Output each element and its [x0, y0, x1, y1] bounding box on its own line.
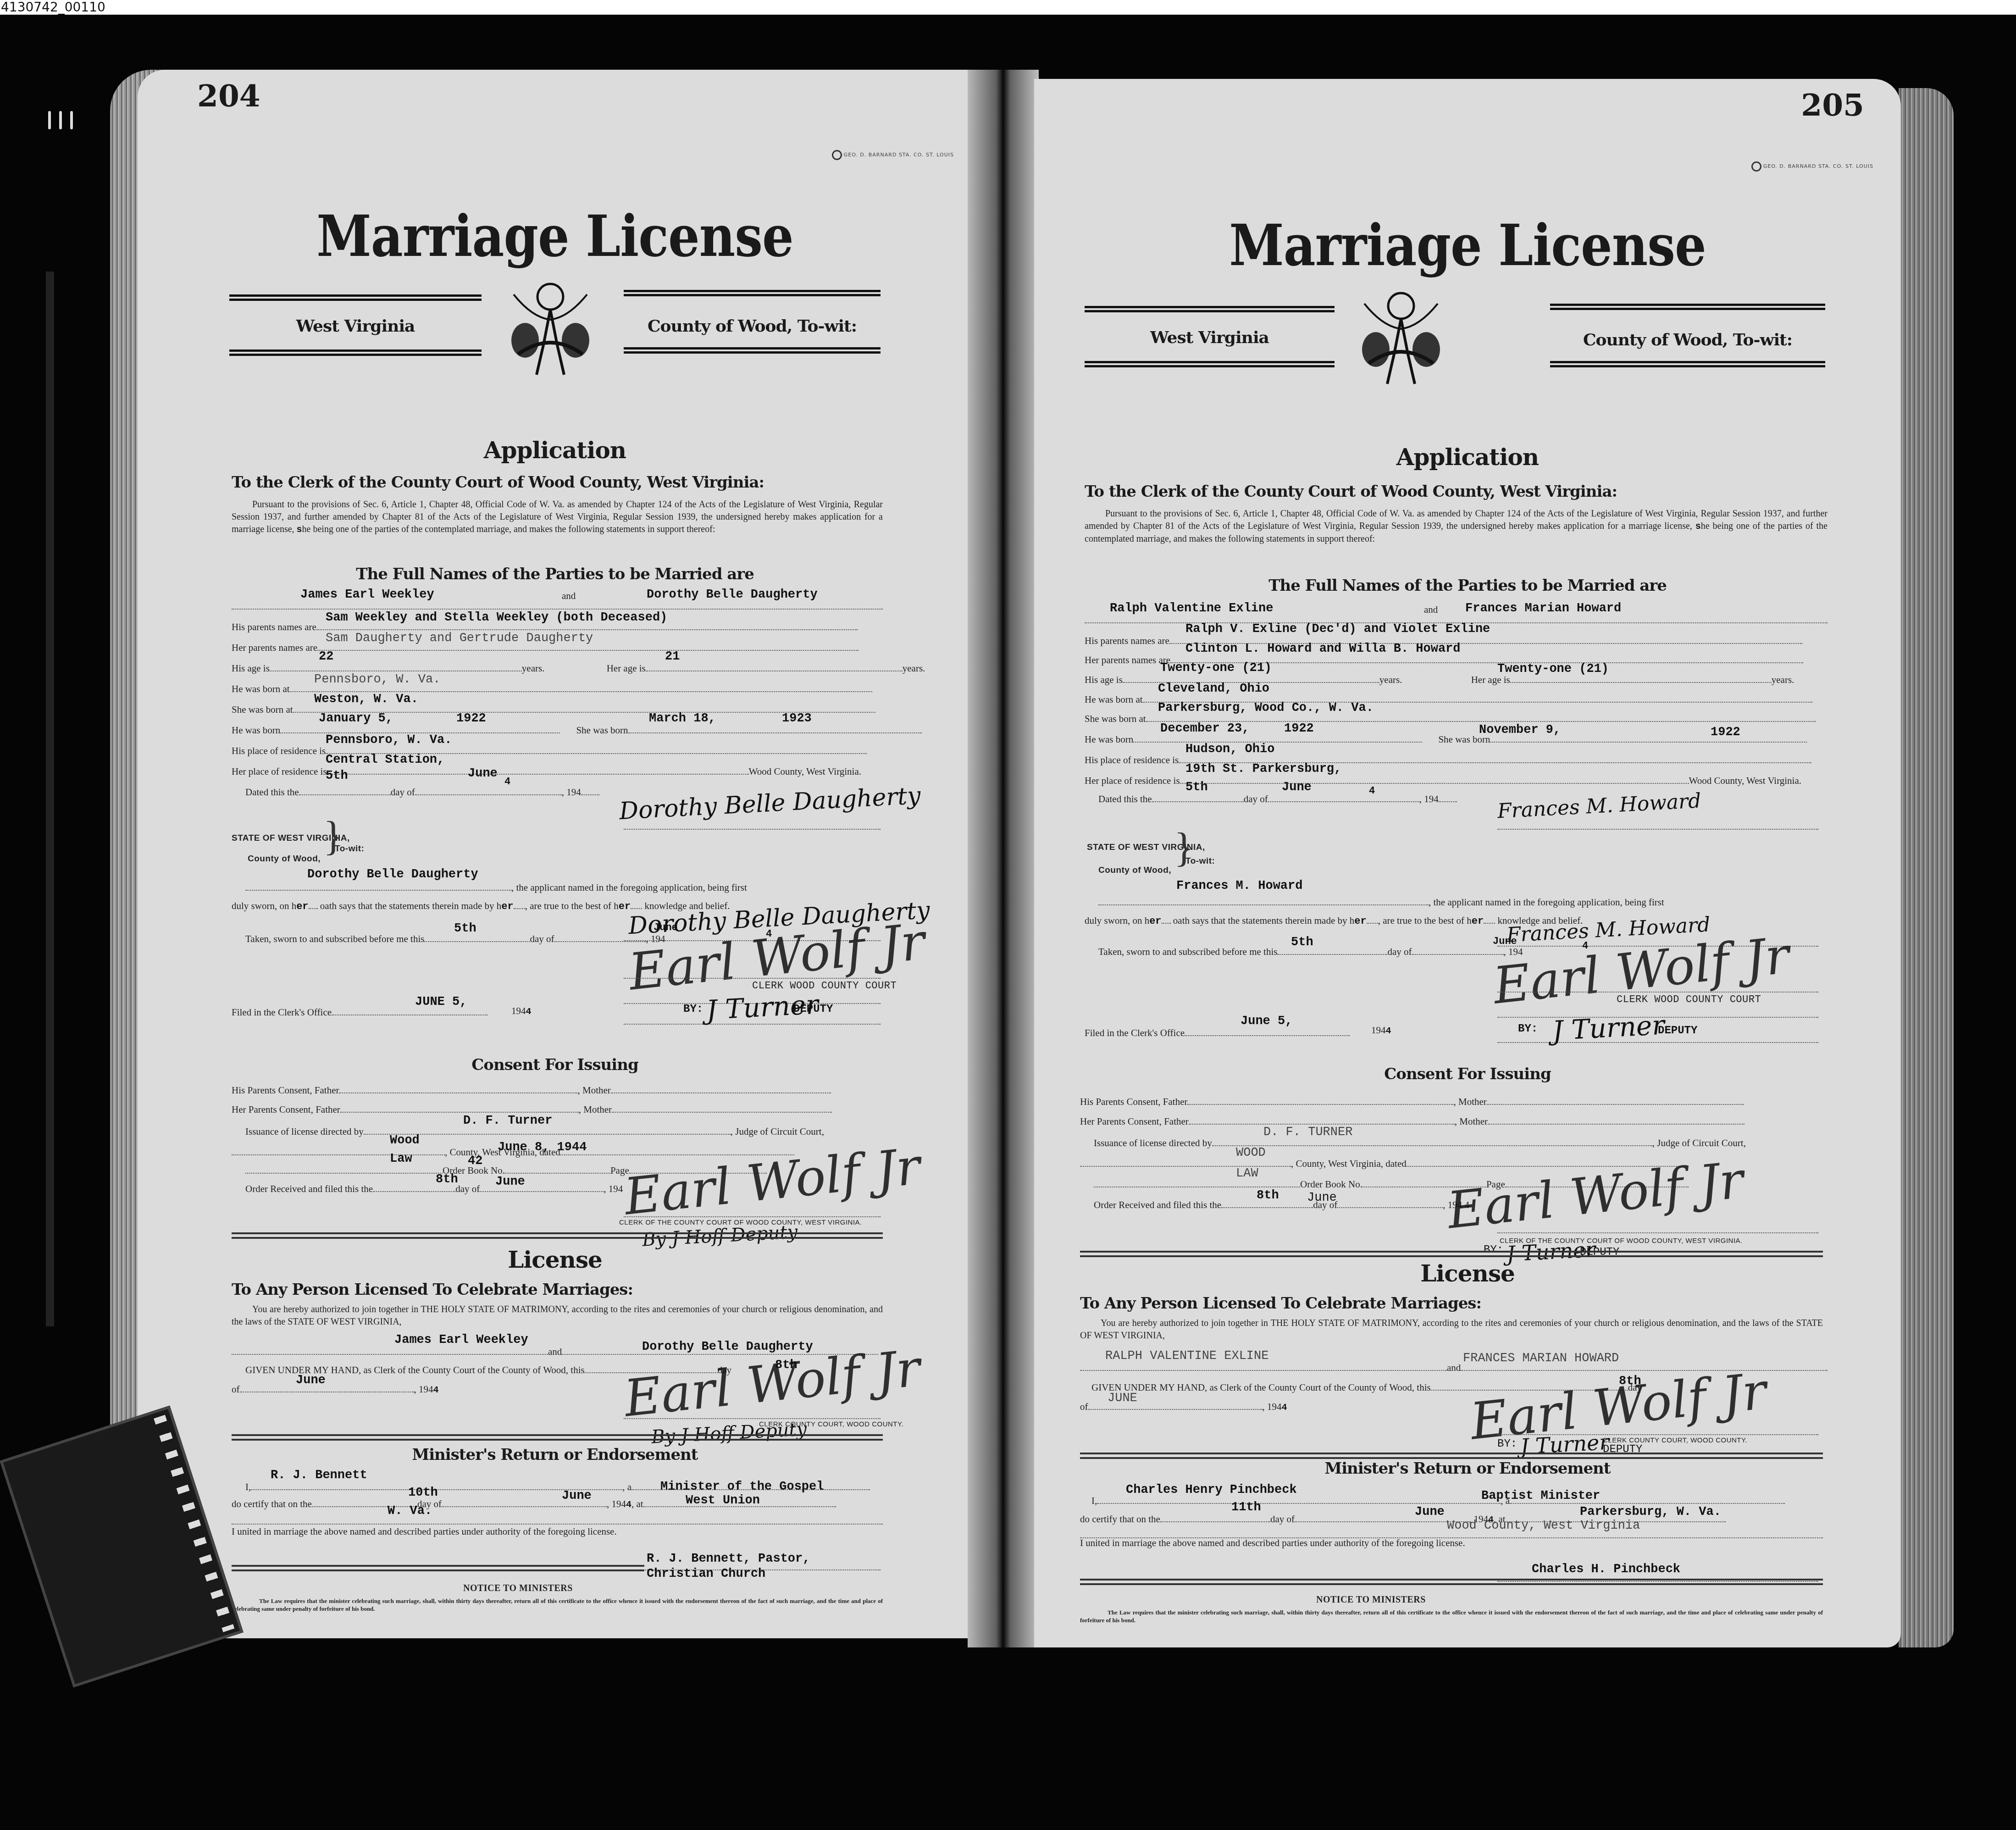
- clerk-title: CLERK WOOD COUNTY COURT: [752, 980, 897, 992]
- oath-applicant-row: , the applicant named in the foregoing a…: [245, 881, 747, 893]
- minister-signature-2: Christian Church: [647, 1567, 765, 1581]
- printer-seal-icon: [1751, 161, 1761, 172]
- printer-mark: GEO. D. BARNARD STA. CO. ST. LOUIS: [832, 150, 954, 160]
- oath-county: County of Wood,: [1098, 865, 1171, 876]
- consent-heading: Consent For Issuing: [1034, 1065, 1901, 1083]
- consent-heading: Consent For Issuing: [138, 1056, 972, 1074]
- page-number: 204: [197, 78, 260, 114]
- received-month: June: [495, 1175, 525, 1189]
- bride-name: Frances Marian Howard: [1465, 602, 1621, 616]
- license-body: You are hereby authorized to join togeth…: [232, 1303, 883, 1328]
- she-born-date: March 18,: [649, 712, 716, 726]
- his-age-value: Twenty-one (21): [1160, 661, 1272, 675]
- consent-county: Wood: [390, 1134, 420, 1148]
- dated-month: June: [468, 767, 498, 781]
- order-received-row: Order Received and filed this theday of,…: [1094, 1198, 1469, 1211]
- header-band-left: West Virginia: [1085, 301, 1335, 379]
- cherub-ornament-icon: [1355, 285, 1447, 391]
- and-label: and: [562, 590, 576, 602]
- film-perforations: [48, 111, 80, 129]
- consent-county: WOOD: [1236, 1146, 1266, 1160]
- directed-row: Issuance of license directed by, Judge o…: [1094, 1136, 1746, 1149]
- minister-signature-1: Charles H. Pinchbeck: [1532, 1563, 1680, 1576]
- clerk-title: CLERK WOOD COUNTY COURT: [1617, 994, 1761, 1005]
- judge-name: D. F. Turner: [463, 1114, 552, 1128]
- oath-applicant-name: Frances M. Howard: [1176, 879, 1302, 893]
- ceremony-place-row: [232, 1514, 883, 1527]
- groom-name: Ralph Valentine Exline: [1110, 602, 1273, 616]
- page-number: 205: [1801, 87, 1864, 123]
- given-month-row: of, 1944: [232, 1382, 439, 1396]
- county-label: County of Wood, To-wit:: [1550, 330, 1825, 349]
- she-born-at-value: Weston, W. Va.: [314, 693, 418, 706]
- she-born-year: 1922: [1711, 726, 1740, 739]
- applicant-signature-line: [1497, 820, 1818, 832]
- oath-county: County of Wood,: [248, 854, 321, 864]
- oath-applicant-name: Dorothy Belle Daugherty: [307, 868, 478, 882]
- cherub-ornament-icon: [504, 276, 596, 382]
- oath-to-wit: To-wit:: [335, 844, 364, 854]
- ages-row: His age isyears. Her age isyears.: [232, 661, 925, 674]
- dated-year-digit: 4: [504, 776, 510, 787]
- united-statement: I united in marriage the above named and…: [232, 1526, 617, 1537]
- to-clerk-heading: To the Clerk of the County Court of Wood…: [232, 473, 764, 492]
- consent-dated: June 8, 1944: [498, 1141, 587, 1154]
- section-divider: [1080, 1453, 1823, 1459]
- license-groom: RALPH VALENTINE EXLINE: [1105, 1349, 1268, 1363]
- sworn-day: 5th: [1291, 936, 1313, 949]
- minister-heading: Minister's Return or Endorsement: [1034, 1459, 1901, 1478]
- page-205: 205 GEO. D. BARNARD STA. CO. ST. LOUIS M…: [1034, 79, 1901, 1647]
- license-heading: License: [1034, 1260, 1901, 1287]
- received-day: 8th: [1257, 1189, 1279, 1203]
- sworn-month: June: [1493, 936, 1517, 947]
- received-month: June: [1307, 1191, 1337, 1205]
- page-204: 204 GEO. D. BARNARD STA. CO. ST. LOUIS M…: [138, 70, 972, 1638]
- given-month: JUNE: [1108, 1392, 1137, 1405]
- section-divider: [1080, 1251, 1823, 1257]
- header-band-right: County of Wood, To-wit:: [1550, 304, 1825, 382]
- she-born-year: 1923: [782, 712, 812, 726]
- ceremony-place: West Union: [686, 1494, 760, 1508]
- consent-signature-line: [1497, 1223, 1818, 1236]
- filed-year: 1944: [1371, 1025, 1391, 1037]
- film-edge-stripe: [46, 272, 54, 1326]
- application-heading: Application: [1034, 444, 1901, 471]
- book-type: Law: [390, 1152, 412, 1166]
- filed-date: June 5,: [1241, 1015, 1292, 1028]
- minister-title: Minister of the Gospel: [660, 1480, 824, 1494]
- license-groom: James Earl Weekley: [394, 1333, 528, 1347]
- minister-heading: Minister's Return or Endorsement: [138, 1446, 972, 1464]
- filed-row: Filed in the Clerk's Office: [1085, 1026, 1350, 1039]
- sworn-month: June: [654, 922, 678, 933]
- he-born-at-value: Pennsboro, W. Va.: [314, 673, 440, 687]
- dated-day: 5th: [1185, 781, 1208, 794]
- her-consent-row: Her Parents Consent, Father, Mother: [1080, 1115, 1745, 1127]
- clerk-signature-line: [624, 969, 881, 982]
- clerk-signature-line: [1497, 982, 1818, 995]
- notice-heading: NOTICE TO MINISTERS: [1316, 1595, 1426, 1605]
- dated-year-digit: 4: [1369, 785, 1375, 797]
- he-born-date: December 23,: [1160, 722, 1249, 736]
- license-body: You are hereby authorized to join togeth…: [1080, 1317, 1823, 1342]
- oath-statement-row: duly sworn, on her oath says that the st…: [232, 899, 730, 912]
- his-consent-row: His Parents Consent, Father, Mother: [1080, 1095, 1744, 1108]
- her-age-value: Twenty-one (21): [1497, 662, 1609, 676]
- her-age-value: 21: [665, 650, 680, 664]
- he-born-date: January 5,: [319, 712, 393, 726]
- ceremony-place2: W. Va.: [388, 1504, 432, 1518]
- his-residence-value: Hudson, Ohio: [1185, 743, 1274, 756]
- ceremony-day: 11th: [1231, 1501, 1261, 1514]
- she-born-date: November 9,: [1479, 723, 1561, 737]
- dated-row: Dated this theday of, 194: [1098, 792, 1457, 805]
- his-parents-value: Sam Weekley and Stella Weekley (both Dec…: [326, 611, 667, 625]
- her-residence-value: 19th St. Parkersburg,: [1185, 762, 1341, 776]
- deputy-label: DEPUTY: [1658, 1025, 1697, 1037]
- minister-title: Baptist Minister: [1481, 1489, 1600, 1503]
- ceremony-month: June: [562, 1489, 592, 1503]
- county-label: County of Wood, To-wit:: [624, 316, 881, 336]
- his-parents-value: Ralph V. Exline (Dec'd) and Violet Exlin…: [1185, 622, 1490, 636]
- book-type: LAW: [1236, 1167, 1258, 1181]
- oath-to-wit: To-wit:: [1185, 856, 1215, 866]
- ceremony-day: 10th: [408, 1486, 438, 1500]
- license-signature-line: [624, 1409, 881, 1422]
- order-book-no: 42: [468, 1154, 482, 1168]
- notice-text: The Law requires that the minister celeb…: [232, 1597, 883, 1613]
- his-consent-row: His Parents Consent, Father, Mother: [232, 1083, 831, 1096]
- his-residence-value: Pennsboro, W. Va.: [326, 733, 452, 747]
- he-born-year: 1922: [1284, 722, 1314, 736]
- her-consent-row: Her Parents Consent, Father, Mother: [232, 1103, 832, 1115]
- dated-day: 5th: [326, 769, 348, 783]
- minister-signature-1: R. J. Bennett, Pastor,: [647, 1552, 810, 1566]
- ceremony-month: June: [1415, 1505, 1445, 1519]
- form-title: Marriage License: [138, 203, 972, 270]
- license-heading: License: [138, 1246, 972, 1273]
- license-by-label: BY:: [1497, 1438, 1517, 1450]
- sworn-day: 5th: [454, 922, 476, 936]
- book-gutter: [968, 70, 1039, 1647]
- book-page-edges-right: [1899, 88, 1954, 1647]
- to-any-person-heading: To Any Person Licensed To Celebrate Marr…: [232, 1281, 633, 1299]
- names-heading: The Full Names of the Parties to be Marr…: [138, 565, 972, 583]
- by-label: BY:: [1518, 1023, 1538, 1035]
- and-label: and: [1424, 604, 1438, 616]
- form-title: Marriage License: [1034, 212, 1901, 279]
- filed-date: JUNE 5,: [415, 995, 467, 1009]
- his-age-value: 22: [319, 650, 333, 664]
- oath-applicant-row: , the applicant named in the foregoing a…: [1098, 895, 1664, 908]
- applicant-signature: Dorothy Belle Daugherty: [619, 782, 921, 825]
- groom-name: James Earl Weekley: [300, 588, 434, 602]
- microfilm-scan: 204 GEO. D. BARNARD STA. CO. ST. LOUIS M…: [0, 15, 2016, 1830]
- section-divider: [232, 1565, 644, 1571]
- she-born-at-value: Parkersburg, Wood Co., W. Va.: [1158, 701, 1374, 715]
- minister-name: Charles Henry Pinchbeck: [1126, 1483, 1297, 1497]
- preamble: Pursuant to the provisions of Sec. 6, Ar…: [1085, 508, 1828, 545]
- to-any-person-heading: To Any Person Licensed To Celebrate Marr…: [1080, 1294, 1481, 1313]
- consent-signature-line: [624, 1207, 881, 1220]
- preamble: Pursuant to the provisions of Sec. 6, Ar…: [232, 499, 883, 536]
- frame-label: 4130742_00110: [0, 0, 105, 15]
- printer-seal-icon: [832, 150, 842, 160]
- section-divider: [1080, 1579, 1823, 1585]
- ceremony-place: Parkersburg, W. Va.: [1580, 1505, 1721, 1519]
- section-divider: [232, 1232, 883, 1239]
- license-bride: FRANCES MARIAN HOWARD: [1463, 1352, 1619, 1365]
- names-heading: The Full Names of the Parties to be Marr…: [1034, 577, 1901, 595]
- her-parents-value: Clinton L. Howard and Willa B. Howard: [1185, 642, 1461, 656]
- applicant-signature-line: [624, 820, 881, 832]
- her-parents-value: Sam Daugherty and Gertrude Daugherty: [326, 632, 593, 645]
- he-born-at-value: Cleveland, Ohio: [1158, 682, 1269, 696]
- filed-year: 1944: [511, 1005, 532, 1017]
- deputy-signature: J Turner: [1551, 1009, 1665, 1047]
- received-day: 8th: [436, 1173, 458, 1187]
- judge-name: D. F. TURNER: [1263, 1126, 1352, 1139]
- application-heading: Application: [138, 437, 972, 464]
- notice-text: The Law requires that the minister celeb…: [1080, 1608, 1823, 1624]
- to-clerk-heading: To the Clerk of the County Court of Wood…: [1085, 482, 1617, 501]
- header-band-left: West Virginia: [229, 290, 482, 368]
- deputy-label: DEPUTY: [793, 1003, 833, 1015]
- ceremony-place2: Wood County, West Virginia: [1447, 1519, 1640, 1533]
- minister-name: R. J. Bennett: [271, 1469, 367, 1482]
- united-statement: I united in marriage the above named and…: [1080, 1537, 1465, 1549]
- by-label: BY:: [683, 1003, 703, 1015]
- her-residence-value: Central Station,: [326, 753, 444, 767]
- header-band-right: County of Wood, To-wit:: [624, 290, 881, 368]
- bride-name: Dorothy Belle Daugherty: [647, 588, 818, 602]
- section-divider: [232, 1434, 883, 1441]
- state-label: West Virginia: [1085, 328, 1335, 347]
- notice-heading: NOTICE TO MINISTERS: [463, 1583, 573, 1594]
- order-received-row: Order Received and filed this theday of,…: [245, 1182, 623, 1195]
- dated-month: June: [1282, 781, 1312, 794]
- applicant-signature: Frances M. Howard: [1497, 789, 1701, 823]
- printer-mark: GEO. D. BARNARD STA. CO. ST. LOUIS: [1751, 161, 1873, 172]
- given-month: June: [296, 1374, 326, 1387]
- dated-row: Dated this theday of, 194: [245, 785, 599, 798]
- he-born-year: 1922: [456, 712, 486, 726]
- state-label: West Virginia: [229, 316, 482, 336]
